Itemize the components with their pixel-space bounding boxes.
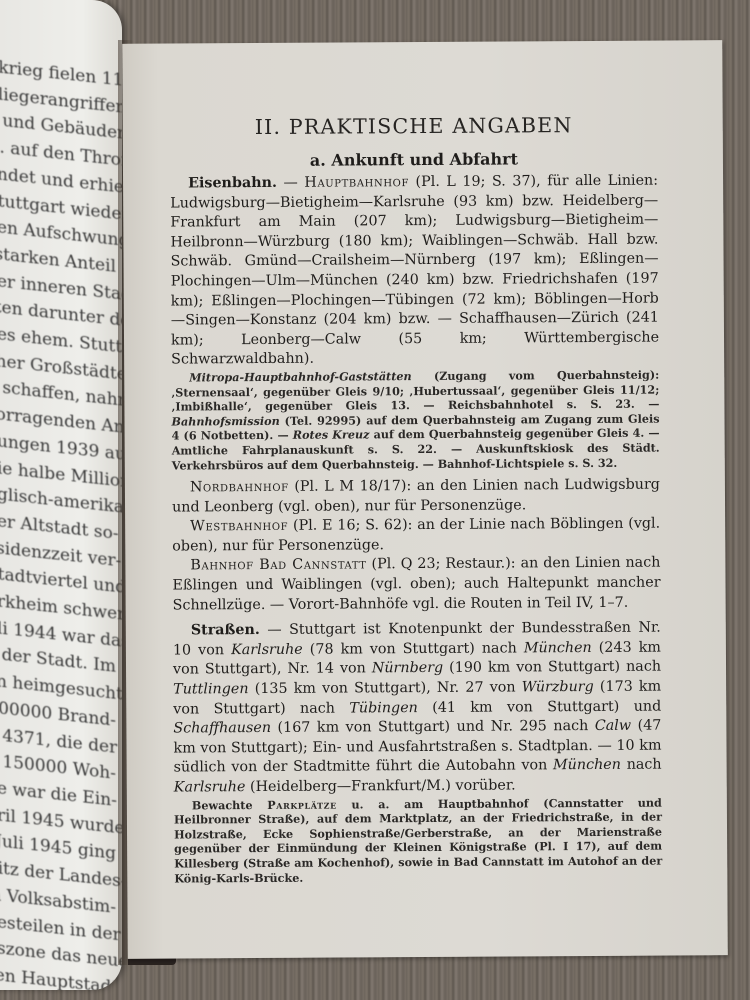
strassen-lead: Straßen. (191, 622, 260, 638)
right-page: II. PRAKTISCHE ANGABEN a. Ankunft und Ab… (122, 40, 728, 959)
eisenbahn-paragraph: Eisenbahn. — Hauptbahnhof (Pl. L 19; S. … (170, 172, 659, 371)
cannstatt-paragraph: Bahnhof Bad Cannstatt (Pl. Q 23; Restaur… (172, 554, 660, 616)
westbahnhof-paragraph: Westbahnhof (Pl. E 16; S. 62): an der Li… (172, 515, 660, 557)
section-title: a. Ankunft und Abfahrt (170, 149, 658, 171)
gaststaetten-paragraph: Mitropa-Hauptbahnhof-Gaststätten (Zugang… (171, 368, 660, 473)
station-westbahnhof: Westbahnhof (190, 518, 288, 535)
parkplaetze-paragraph: Bewachte Parkplätze u. a. am Hauptbahnho… (174, 795, 663, 886)
left-page: ltkrieg fielen 115Fliegerangriffenn und … (0, 0, 122, 990)
station-bad-cannstatt: Bahnhof Bad Cannstatt (190, 557, 366, 574)
nordbahnhof-paragraph: Nordbahnhof (Pl. L M 18/17): an den Lini… (172, 476, 660, 518)
eisenbahn-lead: Eisenbahn. (188, 175, 277, 192)
chapter-title: II. PRAKTISCHE ANGABEN (170, 113, 658, 140)
left-page-text: ltkrieg fielen 115Fliegerangriffenn und … (0, 60, 116, 990)
station-hauptbahnhof: Hauptbahnhof (304, 174, 409, 191)
page-content: II. PRAKTISCHE ANGABEN a. Ankunft und Ab… (170, 113, 663, 886)
station-nordbahnhof: Nordbahnhof (190, 479, 289, 496)
strassen-paragraph: Straßen. — Stuttgart ist Knotenpunkt der… (173, 619, 662, 798)
